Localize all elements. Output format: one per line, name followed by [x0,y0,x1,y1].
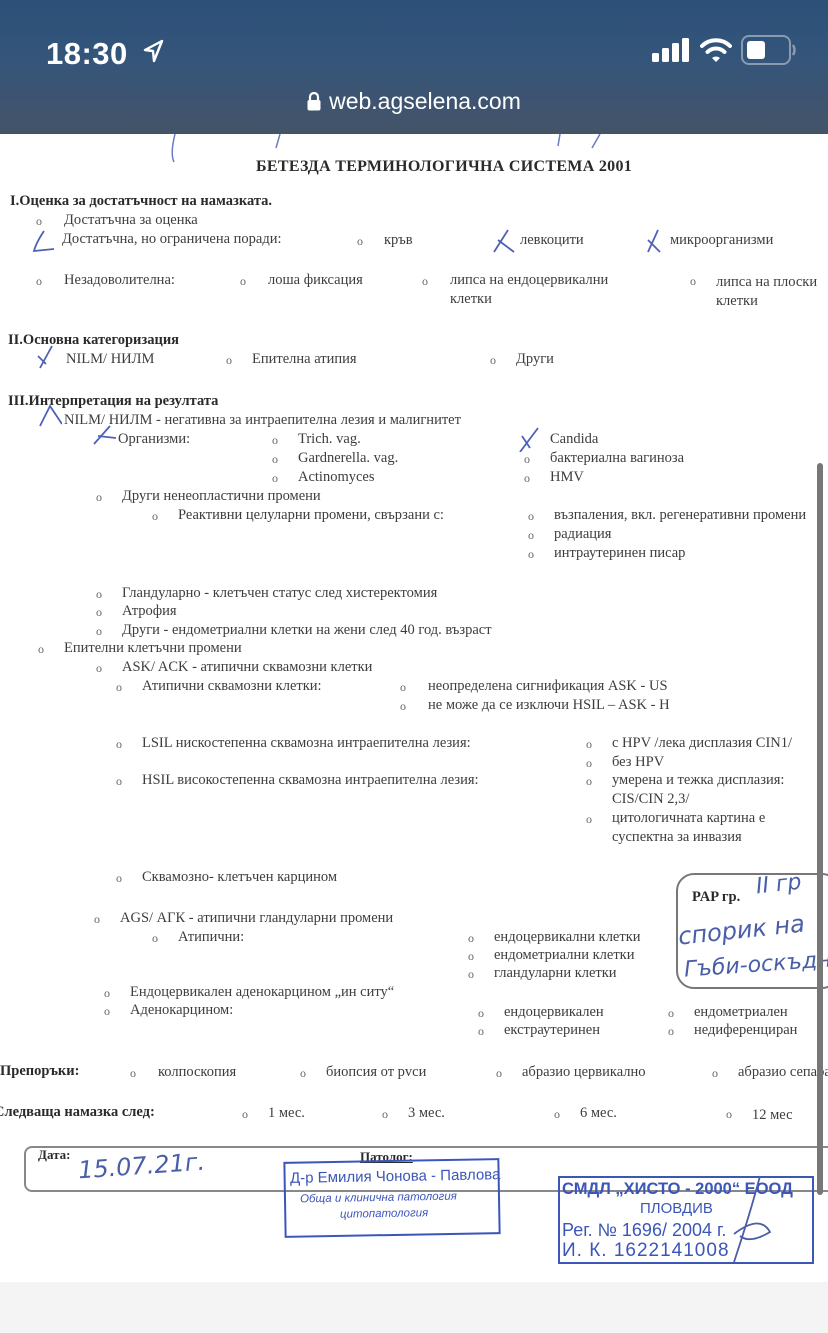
recommendations-label: Препоръки: [0,1064,79,1080]
agc-endocervical: ендоцервикални клетки [494,930,641,946]
reason-no-endocervical-cont: клетки [450,292,492,308]
reason-blood: кръв [384,233,413,249]
radio-other[interactable]: o [490,354,496,366]
adeno-endocervical: ендоцервикален [504,1005,604,1021]
radio-1-month[interactable]: o [242,1108,248,1120]
cellular-signal-icon [652,38,690,62]
reason-no-squamous-cont: клетки [716,294,758,310]
radio-6-months[interactable]: o [554,1108,560,1120]
radio-epithelial-atypia[interactable]: o [226,354,232,366]
organism-trich: Trich. vag. [298,432,361,448]
browser-header: 18:30 web.agselena.com [0,0,828,134]
handwritten-check-mark [642,228,668,254]
reason-microorganisms: микроорганизми [670,233,773,249]
organism-candida: Candida [550,432,598,448]
radio-lsil-hpv[interactable]: o [586,738,592,750]
hsil-cin: CIS/CIN 2,3/ [612,792,689,808]
radio-hsil[interactable]: o [116,775,122,787]
radio-atypical-squamous[interactable]: o [116,681,122,693]
handwritten-check-mark [36,402,62,428]
organism-hmv: HMV [550,470,584,486]
reactive-iud: интраутеринен писар [554,546,685,562]
radio-colposcopy[interactable]: o [130,1067,136,1079]
handwritten-check-mark [30,229,56,255]
lsil-without-hpv: без HPV [612,755,664,771]
radio-asc[interactable]: o [96,662,102,674]
radio-trich[interactable]: o [272,434,278,446]
wifi-icon [700,36,732,64]
atypical: Атипични: [178,930,244,946]
radio-atrophy[interactable]: o [96,606,102,618]
document-title: БЕТЕЗДА ТЕРМИНОЛОГИЧНА СИСТЕМА 2001 [256,158,632,176]
location-arrow-icon [142,38,164,64]
organism-actinomyces: Actinomyces [298,470,375,486]
asc-us: неопределена сигнификация ASK - US [428,679,668,695]
adenocarcinoma: Аденокарцином: [130,1003,233,1019]
reason-no-squamous: липса на плоски [716,275,817,291]
atypical-squamous: Атипични сквамозни клетки: [142,679,322,695]
rec-abrasio-separate: абразио сепарато [738,1065,828,1081]
radio-asc-us[interactable]: o [400,681,406,693]
adeno-undifferentiated: недиференциран [694,1023,797,1039]
radio-adenocarcinoma[interactable]: o [104,1005,110,1017]
radio-unsatisfactory[interactable]: o [36,275,42,287]
radio-asc-h[interactable]: o [400,700,406,712]
section1-heading: I.Оценка за достатъчност на намазката. [10,194,272,210]
reactive-changes: Реактивни целуларни промени, свързани с: [178,508,444,524]
radio-reactive[interactable]: o [152,510,158,522]
radio-glandular-status[interactable]: o [96,588,102,600]
rec-colposcopy: колпоскопия [158,1065,236,1081]
organisms-label: Организми: [118,432,190,448]
radio-adeno-extrauterine[interactable]: o [478,1025,484,1037]
nilm-negative: NILM/ НИЛМ - негативна за интраепителна … [64,413,461,429]
document-page: БЕТЕЗДА ТЕРМИНОЛОГИЧНА СИСТЕМА 2001 I.Оц… [0,134,828,1282]
radio-scc[interactable]: o [116,872,122,884]
rec-biopsy: биопсия от рvси [326,1065,426,1081]
radio-actinomyces[interactable]: o [272,472,278,484]
agc-endometrial: ендометриални клетки [494,948,634,964]
radio-agc-endocervical[interactable]: o [468,932,474,944]
hsil: HSIL високостепенна сквамозна интраепите… [142,773,479,789]
organism-bacterial-vaginosis: бактериална вагиноза [550,451,684,467]
reactive-inflammation: възпаления, вкл. регенеративни промени [554,508,806,524]
page-scrollbar[interactable] [817,463,823,1195]
page-bottom-area [0,1282,828,1333]
squamous-carcinoma: Сквамозно- клетъчен карцином [142,870,337,886]
stamp-lab-reg: Рег. № 1696/ 2004 г. [562,1220,726,1241]
radio-agc-endometrial[interactable]: o [468,950,474,962]
handwritten-check-mark [34,344,60,370]
pap-handwriting-1: II гр [755,870,803,900]
radio-iud[interactable]: o [528,548,534,560]
lsil-with-hpv: с HPV /лека дисплазия CIN1/ [612,736,792,752]
handwritten-check-mark [90,420,116,446]
glandular-status: Гландуларно - клетъчен статус след хисте… [122,586,437,602]
radio-abrasio-separate[interactable]: o [712,1067,718,1079]
adenocarcinoma-in-situ: Ендоцервикален аденокарцином „ин ситу“ [130,985,394,1001]
battery-icon [741,35,797,65]
radio-3-months[interactable]: o [382,1108,388,1120]
category-nilm: NILM/ НИЛМ [66,352,154,368]
radio-abrasio-cervical[interactable]: o [496,1067,502,1079]
radio-sufficient[interactable]: o [36,215,42,227]
radio-no-endocervical[interactable]: o [422,275,428,287]
reason-leukocytes: левкоцити [520,233,584,249]
radio-other-nonneoplastic[interactable]: o [96,491,102,503]
handwritten-signature [720,1174,780,1264]
category-epithelial-atypia: Епителна атипия [252,352,357,368]
asc: ASK/ ACK - атипични сквамозни клетки [122,660,372,676]
hsil-invasion-cont: суспектна за инвазия [612,830,742,846]
radio-bacterial-vaginosis[interactable]: o [524,453,530,465]
next-1-month: 1 мес. [268,1106,305,1122]
adeno-endometrial: ендометриален [694,1005,788,1021]
stamp-lab-id: И. К. 1622141008 [562,1240,730,1262]
radio-adeno-undifferentiated[interactable]: o [668,1025,674,1037]
next-3-months: 3 мес. [408,1106,445,1122]
rec-abrasio-cervical: абразио цервикално [522,1065,646,1081]
radio-hsil-dysplasia[interactable]: o [586,775,592,787]
radio-hmv[interactable]: o [524,472,530,484]
radio-hsil-invasion[interactable]: o [586,813,592,825]
stamp-lab-city: ПЛОВДИВ [640,1200,713,1217]
radio-no-squamous[interactable]: o [690,275,696,287]
other-endometrial: Други - ендометриални клетки на жени сле… [122,623,492,639]
next-12-months: 12 мес [752,1108,793,1124]
radio-adeno-endometrial[interactable]: o [668,1007,674,1019]
option-sufficient: Достатъчна за оценка [64,213,198,229]
radio-biopsy[interactable]: o [300,1067,306,1079]
next-6-months: 6 мес. [580,1106,617,1122]
radio-epithelial[interactable]: o [38,643,44,655]
radio-ais[interactable]: o [104,987,110,999]
radio-lsil[interactable]: o [116,738,122,750]
radio-blood[interactable]: o [357,235,363,247]
radio-12-months[interactable]: o [726,1108,732,1120]
status-time: 18:30 [46,36,128,72]
hsil-dysplasia: умерена и тежка дисплазия: [612,773,784,789]
other-nonneoplastic: Други ненеопластични промени [122,489,321,505]
radio-adeno-endocervical[interactable]: o [478,1007,484,1019]
adeno-extrauterine: екстраутеринен [504,1023,600,1039]
address-bar[interactable]: web.agselena.com [0,88,828,115]
organism-gardnerella: Gardnerella. vag. [298,451,398,467]
radio-lsil-no-hpv[interactable]: o [586,757,592,769]
agc: AGS/ АГК - атипични гландуларни промени [120,911,393,927]
category-other: Други [516,352,554,368]
radio-agc[interactable]: o [94,913,100,925]
agc-glandular: гландуларни клетки [494,966,617,982]
lock-icon [307,91,321,111]
date-label: Дата: [38,1148,70,1162]
next-smear-label: Следваща намазка след: [0,1105,155,1121]
pap-group-label: PAP гр. [692,890,740,906]
lsil: LSIL нискостепенна сквамозна интраепител… [142,736,471,752]
radio-other-endometrial[interactable]: o [96,625,102,637]
url-text: web.agselena.com [329,88,521,114]
option-unsatisfactory: Незадоволителна: [64,273,175,289]
epithelial-changes: Епителни клетъчни промени [64,641,242,657]
handwritten-check-mark [490,228,516,254]
asc-h: не може да се изключи HSIL – ASK - H [428,698,670,714]
radio-radiation[interactable]: o [528,529,534,541]
stamp-doctor-subspecialty: цитопатология [340,1207,428,1221]
radio-gardnerella[interactable]: o [272,453,278,465]
hsil-invasion: цитологичната картина е [612,811,765,827]
radio-atypical[interactable]: o [152,932,158,944]
radio-agc-glandular[interactable]: o [468,968,474,980]
handwritten-check-mark [516,426,542,452]
radio-poor-fixation[interactable]: o [240,275,246,287]
reactive-radiation: радиация [554,527,611,543]
atrophy: Атрофия [122,604,177,620]
reason-poor-fixation: лоша фиксация [268,273,363,289]
radio-inflammation[interactable]: o [528,510,534,522]
reason-no-endocervical: липса на ендоцервикални [450,273,608,289]
option-limited: Достатъчна, но ограничена поради: [62,232,282,248]
